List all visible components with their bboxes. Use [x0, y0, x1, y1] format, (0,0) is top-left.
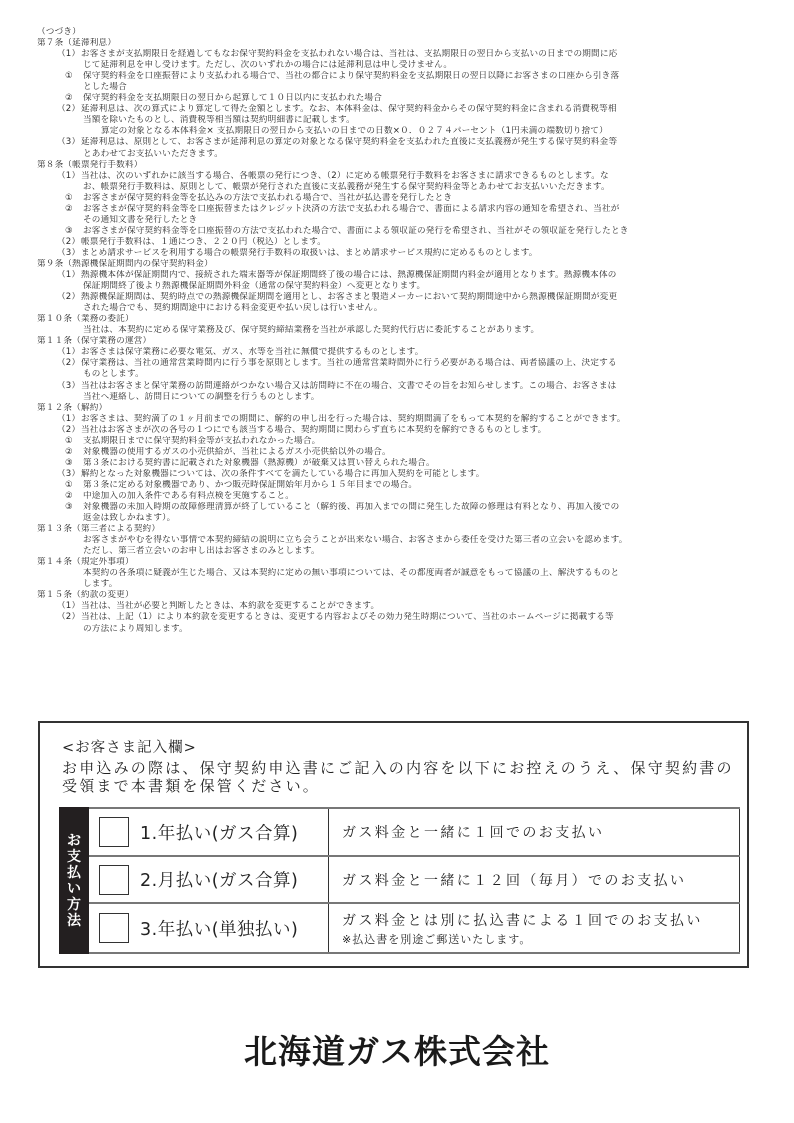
- article-title: 第７条（延滞利息）: [37, 38, 787, 49]
- clause-number: ③: [65, 458, 83, 469]
- article-line: （2）延滞利息は、次の算式により算定して得た金額とします。なお、本体料金は、保守…: [37, 104, 787, 115]
- option-cell: 3.年払い(単独払い): [89, 904, 329, 952]
- clause-number: ②: [65, 204, 83, 215]
- article-line: 返金は致しかねます）。: [37, 513, 787, 524]
- article-line: （2）当社は、上記（1）により本約款を変更するときは、変更する内容およびその効力…: [37, 612, 787, 623]
- article-line: とあわせてお支払いいただきます。: [37, 149, 787, 160]
- clause-number: （1）: [57, 601, 81, 612]
- clause-number: ①: [65, 480, 83, 491]
- article-line: ②対象機器の使用するガスの小売供給が、当社によるガス小売供給以外の場合。: [37, 447, 787, 458]
- clause-text: 解約となった対象機器については、次の条件すべてを満たしている場合に再加入契約を可…: [81, 469, 484, 479]
- clause-text: 保守契約料金を支払期限日の翌日から起算して１０日以内に支払われた場合: [83, 93, 382, 103]
- article-line: （1）お客さまが支払期限日を経過してもなお保守契約料金を支払われない場合は、当社…: [37, 49, 787, 60]
- article-line: （2）保守業務は、当社の通常営業時間内に行う事を原則とします。当社の通常営業時間…: [37, 358, 787, 369]
- clause-number: （2）: [57, 358, 81, 369]
- article-line: お客さまがやむを得ない事情で本契約締結の説明に立ち会うことが出来ない場合、お客さ…: [37, 535, 787, 546]
- clause-number: （3）: [57, 248, 81, 259]
- article-line: じて延滞利息を申し受けます。ただし、次のいずれかの場合には延滞利息は申し受けませ…: [37, 60, 787, 71]
- clause-text: 帳票発行手数料は、１通につき、２２０円（税込）とします。: [81, 237, 326, 247]
- description-line-1: お申込みの際は、保守契約申込書にご記入の内容を以下にお控えのうえ、保守契約書の: [62, 759, 752, 777]
- clause-text: 中途加入の加入条件である有料点検を実施すること。: [83, 491, 294, 501]
- clause-number: （2）: [57, 425, 81, 436]
- article-title: 第１０条（業務の委託）: [37, 314, 787, 325]
- clause-number: ②: [65, 447, 83, 458]
- article-title: 第１２条（解約）: [37, 403, 787, 414]
- article-title: 第８条（帳票発行手数料）: [37, 160, 787, 171]
- terms-document: （つづき） 第７条（延滞利息）（1）お客さまが支払期限日を経過してもなお保守契約…: [37, 27, 787, 635]
- article-line: ③お客さまが保守契約料金等を口座振替の方法で支払われた場合で、書面による領収証の…: [37, 226, 787, 237]
- clause-text: 当社は、当社が必要と判断したときは、本約款を変更することができます。: [81, 601, 379, 611]
- article-line: （3）まとめ請求サービスを利用する場合の帳票発行手数料の取扱いは、まとめ請求サー…: [37, 248, 787, 259]
- article-line: お、帳票発行手数料は、原則として、帳票が発行された直後に支払義務が発生する保守契…: [37, 182, 787, 193]
- article-line: 本契約の各条項に疑義が生じた場合、又は本契約に定めの無い事項については、その都度…: [37, 568, 787, 579]
- customer-box-description: お申込みの際は、保守契約申込書にご記入の内容を以下にお控えのうえ、保守契約書の …: [62, 759, 752, 795]
- option-1-checkbox[interactable]: [99, 817, 129, 847]
- option-2-label: 2.月払い(ガス合算): [140, 867, 298, 892]
- article-line: （1）熱源機本体が保証期間内で、接続された端末器等が保証期間終了後の場合には、熱…: [37, 270, 787, 281]
- clause-number: ①: [65, 436, 83, 447]
- clause-text: お客さまがやむを得ない事情で本契約締結の説明に立ち会うことが出来ない場合、お客さ…: [83, 535, 628, 545]
- clause-number: （3）: [57, 469, 81, 480]
- option-cell: 1.年払い(ガス合算): [89, 809, 329, 855]
- clause-number: ③: [65, 226, 83, 237]
- article-line: された場合でも、契約期間途中における料金変更や払い戻しは行いません。: [37, 303, 787, 314]
- clause-number: ③: [65, 502, 83, 513]
- clause-text: ものとします。: [83, 369, 144, 379]
- option-3-description: ガス料金とは別に払込書による１回でのお支払い: [342, 910, 739, 930]
- article-title: 第１３条（第三者による契約）: [37, 524, 787, 535]
- clause-number: （3）: [57, 137, 81, 148]
- clause-number: （3）: [57, 381, 81, 392]
- clause-number: ②: [65, 93, 83, 104]
- article-line: （3）延滞利息は、原則として、お客さまが延滞利息の算定の対象となる保守契約料金を…: [37, 137, 787, 148]
- clause-text: 当社へ連絡し、訪問日についての調整を行うものとします。: [83, 392, 320, 402]
- option-description-cell: ガス料金と一緒に１回でのお支払い: [329, 809, 740, 855]
- clause-text: 第３条における契約書に記載された対象機器（熱源機）が破棄又は買い替えられた場合。: [83, 458, 435, 468]
- clause-number: （1）: [57, 49, 81, 60]
- clause-text: 当社は、次のいずれかに該当する場合、各帳票の発行につき、（2）に定める帳票発行手…: [81, 171, 609, 181]
- clause-number: （1）: [57, 414, 81, 425]
- clause-text: お客さまが保守契約料金等を口座振替またはクレジット決済の方法で支払われる場合で、…: [83, 204, 620, 214]
- clause-text: 保守契約料金を口座振替により支払われる場合で、当社の都合により保守契約料金を支払…: [83, 71, 619, 81]
- clause-number: （2）: [57, 292, 81, 303]
- option-3-label: 3.年払い(単独払い): [140, 916, 298, 941]
- article-line: ①第３条に定める対象機器であり、かつ販売時保証開始年月から１５年目までの場合。: [37, 480, 787, 491]
- clause-text: お客さまは、契約満了の１ヶ月前までの期間に、解約の申し出を行った場合は、契約期間…: [81, 414, 626, 424]
- article-title: 第９条（熱源機保証期間内の保守契約料金）: [37, 259, 787, 270]
- clause-text: 延滞利息は、次の算式により算定して得た金額とします。なお、本体料金は、保守契約料…: [81, 104, 617, 114]
- description-line-2: 受領まで本書類を保管ください。: [62, 777, 752, 795]
- clause-number: ②: [65, 491, 83, 502]
- article-line: （1）当社は、次のいずれかに該当する場合、各帳票の発行につき、（2）に定める帳票…: [37, 171, 787, 182]
- article-line: その通知文書を発行したとき: [37, 215, 787, 226]
- payment-option-row: 2.月払い(ガス合算) ガス料金と一緒に１２回（毎月）でのお支払い: [89, 857, 740, 904]
- clause-text: します。: [83, 579, 118, 589]
- clause-text: 対象機器の使用するガスの小売供給が、当社によるガス小売供給以外の場合。: [83, 447, 391, 457]
- clause-text: 本契約の各条項に疑義が生じた場合、又は本契約に定めの無い事項については、その都度…: [83, 568, 619, 578]
- clause-text: お客さまが保守契約料金等を払込みの方法で支払われる場合で、当社が払込書を発行した…: [83, 193, 452, 203]
- clause-text: 当額を除いたものとし、消費税等相当額は契約明細書に記載します。: [83, 115, 355, 125]
- article-line: 算定の対象となる本体料金× 支払期限日の翌日から支払いの日までの日数×０．０２７…: [37, 126, 787, 137]
- articles-list: 第７条（延滞利息）（1）お客さまが支払期限日を経過してもなお保守契約料金を支払わ…: [37, 38, 787, 635]
- option-3-checkbox[interactable]: [99, 913, 129, 943]
- article-line: （3）解約となった対象機器については、次の条件すべてを満たしている場合に再加入契…: [37, 469, 787, 480]
- clause-text: 熱源機保証期間は、契約時点での熱源機保証期間を適用とし、お客さまと製造メーカーに…: [81, 292, 617, 302]
- article-title: 第１１条（保守業務の運営）: [37, 336, 787, 347]
- article-line: ①保守契約料金を口座振替により支払われる場合で、当社の都合により保守契約料金を支…: [37, 71, 787, 82]
- payment-option-row: 1.年払い(ガス合算) ガス料金と一緒に１回でのお支払い: [89, 809, 740, 857]
- article-line: 当額を除いたものとし、消費税等相当額は契約明細書に記載します。: [37, 115, 787, 126]
- article-line: （1）お客さまは、契約満了の１ヶ月前までの期間に、解約の申し出を行った場合は、契…: [37, 414, 787, 425]
- payment-option-row: 3.年払い(単独払い) ガス料金とは別に払込書による１回でのお支払い ※払込書を…: [89, 904, 740, 952]
- article-line: 当社へ連絡し、訪問日についての調整を行うものとします。: [37, 392, 787, 403]
- article-line: ③対象機器の未加入時期の故障修理清算が終了していること（解約後、再加入までの間に…: [37, 502, 787, 513]
- clause-text: 当社はお客さまが次の各号の１つにでも該当する場合、契約期間に関わらず直ちに本契約…: [81, 425, 546, 435]
- article-line: します。: [37, 579, 787, 590]
- article-line: とした場合: [37, 82, 787, 93]
- article-line: （2）熱源機保証期間は、契約時点での熱源機保証期間を適用とし、お客さまと製造メー…: [37, 292, 787, 303]
- clause-text: 当社は、上記（1）により本約款を変更するときは、変更する内容およびその効力発生時…: [81, 612, 614, 622]
- article-line: ものとします。: [37, 369, 787, 380]
- option-1-description: ガス料金と一緒に１回でのお支払い: [342, 822, 739, 842]
- article-line: ①お客さまが保守契約料金等を払込みの方法で支払われる場合で、当社が払込書を発行し…: [37, 193, 787, 204]
- article-line: ①支払期限日までに保守契約料金等が支払われなかった場合。: [37, 436, 787, 447]
- clause-text: お、帳票発行手数料は、原則として、帳票が発行された直後に支払義務が発生する保守契…: [83, 182, 610, 192]
- clause-text: ただし、第三者立会いのお申し出はお客さまのみとします。: [83, 546, 320, 556]
- clause-text: お客さまが保守契約料金等を口座振替の方法で支払われた場合で、書面による領収証の発…: [83, 226, 629, 236]
- article-line: ②中途加入の加入条件である有料点検を実施すること。: [37, 491, 787, 502]
- option-cell: 2.月払い(ガス合算): [89, 857, 329, 902]
- payment-method-label: お 支 払 い 方 法: [59, 807, 89, 954]
- continued-label: （つづき）: [37, 27, 787, 38]
- clause-number: ①: [65, 193, 83, 204]
- clause-text: 保守業務は、当社の通常営業時間内に行う事を原則とします。当社の通常営業時間外に行…: [81, 358, 617, 368]
- article-line: ②お客さまが保守契約料金等を口座振替またはクレジット決済の方法で支払われる場合で…: [37, 204, 787, 215]
- clause-text: まとめ請求サービスを利用する場合の帳票発行手数料の取扱いは、まとめ請求サービス規…: [81, 248, 538, 258]
- option-3-note: ※払込書を別途ご郵送いたします。: [342, 931, 739, 947]
- option-2-description: ガス料金と一緒に１２回（毎月）でのお支払い: [342, 870, 739, 890]
- article-line: ②保守契約料金を支払期限日の翌日から起算して１０日以内に支払われた場合: [37, 93, 787, 104]
- clause-text: された場合でも、契約期間途中における料金変更や払い戻しは行いません。: [83, 303, 383, 313]
- article-line: ③第３条における契約書に記載された対象機器（熱源機）が破棄又は買い替えられた場合…: [37, 458, 787, 469]
- customer-box-heading: <お客さま記入欄>: [62, 736, 197, 757]
- clause-text: 当社は、本契約に定める保守業務及び、保守契約締結業務を当社が承認した契約代行店に…: [83, 325, 539, 335]
- clause-text: 返金は致しかねます）。: [83, 513, 175, 523]
- option-2-checkbox[interactable]: [99, 865, 129, 895]
- clause-number: （2）: [57, 237, 81, 248]
- clause-number: （1）: [57, 171, 81, 182]
- clause-text: 第３条に定める対象機器であり、かつ販売時保証開始年月から１５年目までの場合。: [83, 480, 417, 490]
- payment-options-table: 1.年払い(ガス合算) ガス料金と一緒に１回でのお支払い 2.月払い(ガス合算)…: [89, 807, 740, 954]
- clause-text: その通知文書を発行したとき: [83, 215, 197, 225]
- article-line: 当社は、本契約に定める保守業務及び、保守契約締結業務を当社が承認した契約代行店に…: [37, 325, 787, 336]
- clause-text: お客さまは保守業務に必要な電気、ガス、水等を当社に無償で提供するものとします。: [81, 347, 424, 357]
- clause-text: 延滞利息は、原則として、お客さまが延滞利息の算定の対象となる保守契約料金を支払わ…: [81, 137, 617, 147]
- article-line: 保証期間終了後より熱源機保証期間外料金（通常の保守契約料金）へ変更となります。: [37, 281, 787, 292]
- clause-text: の方法により周知します。: [83, 624, 188, 634]
- option-description-cell: ガス料金とは別に払込書による１回でのお支払い ※払込書を別途ご郵送いたします。: [329, 904, 740, 952]
- article-line: （1）お客さまは保守業務に必要な電気、ガス、水等を当社に無償で提供するものとしま…: [37, 347, 787, 358]
- customer-entry-box: <お客さま記入欄> お申込みの際は、保守契約申込書にご記入の内容を以下にお控えの…: [38, 721, 749, 968]
- clause-text: とあわせてお支払いいただきます。: [83, 149, 223, 159]
- article-line: の方法により周知します。: [37, 624, 787, 635]
- clause-text: 算定の対象となる本体料金× 支払期限日の翌日から支払いの日までの日数×０．０２７…: [101, 126, 608, 136]
- clause-number: （2）: [57, 104, 81, 115]
- clause-text: じて延滞利息を申し受けます。ただし、次のいずれかの場合には延滞利息は申し受けませ…: [83, 60, 452, 70]
- clause-text: 対象機器の未加入時期の故障修理清算が終了していること（解約後、再加入までの間に発…: [83, 502, 619, 512]
- option-1-label: 1.年払い(ガス合算): [140, 820, 298, 845]
- clause-text: 当社はお客さまと保守業務の訪問連絡がつかない場合又は訪問時に不在の場合、文書でそ…: [81, 381, 616, 391]
- clause-text: 熱源機本体が保証期間内で、接続された端末器等が保証期間終了後の場合には、熱源機保…: [81, 270, 617, 280]
- clause-number: ①: [65, 71, 83, 82]
- clause-text: お客さまが支払期限日を経過してもなお保守契約料金を支払われない場合は、当社は、支…: [81, 49, 617, 59]
- clause-text: 保証期間終了後より熱源機保証期間外料金（通常の保守契約料金）へ変更となります。: [83, 281, 425, 291]
- clause-text: 支払期限日までに保守契約料金等が支払われなかった場合。: [83, 436, 320, 446]
- article-line: （2）当社はお客さまが次の各号の１つにでも該当する場合、契約期間に関わらず直ちに…: [37, 425, 787, 436]
- clause-number: （1）: [57, 347, 81, 358]
- article-line: ただし、第三者立会いのお申し出はお客さまのみとします。: [37, 546, 787, 557]
- article-line: （1）当社は、当社が必要と判断したときは、本約款を変更することができます。: [37, 601, 787, 612]
- article-title: 第１４条（規定外事項）: [37, 557, 787, 568]
- clause-number: （2）: [57, 612, 81, 623]
- article-title: 第１５条（約款の変更）: [37, 590, 787, 601]
- article-line: （2）帳票発行手数料は、１通につき、２２０円（税込）とします。: [37, 237, 787, 248]
- option-description-cell: ガス料金と一緒に１２回（毎月）でのお支払い: [329, 857, 740, 902]
- clause-text: とした場合: [83, 82, 127, 92]
- company-logo-text: 北海道ガス株式会社: [0, 1026, 794, 1073]
- clause-number: （1）: [57, 270, 81, 281]
- article-line: （3）当社はお客さまと保守業務の訪問連絡がつかない場合又は訪問時に不在の場合、文…: [37, 381, 787, 392]
